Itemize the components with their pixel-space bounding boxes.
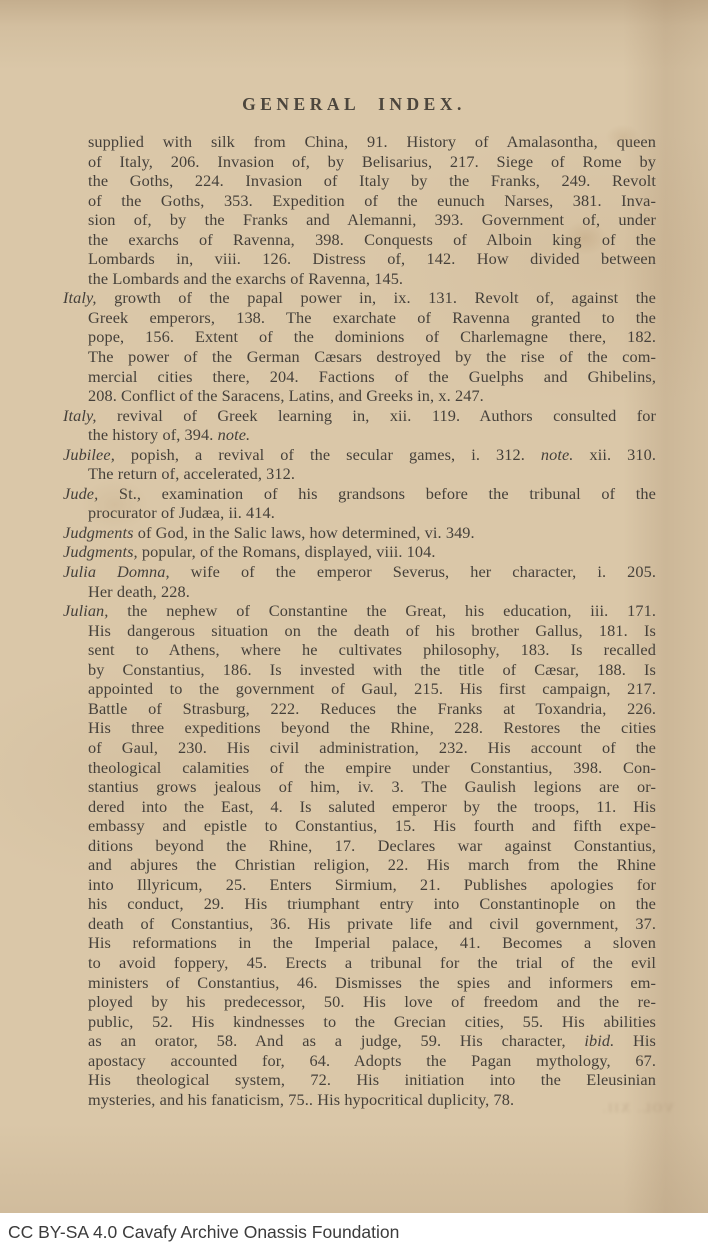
index-line: public, 52. His kindnesses to the Grecia… xyxy=(63,1012,656,1032)
index-entry: Jude, St., examination of his grandsons … xyxy=(63,484,656,523)
index-line: sent to Athens, where he cultivates phil… xyxy=(63,640,656,660)
index-line: Julia Domna, wife of the emperor Severus… xyxy=(63,562,656,582)
index-line: mysteries, and his fanaticism, 75.. His … xyxy=(63,1090,656,1110)
index-line: Jude, St., examination of his grandsons … xyxy=(63,484,656,504)
index-line: His reformations in the Imperial palace,… xyxy=(63,933,656,953)
index-line: death of Constantius, 36. His private li… xyxy=(63,914,656,934)
index-line: as an orator, 58. And as a judge, 59. Hi… xyxy=(63,1031,656,1051)
index-line: to avoid foppery, 45. Erects a tribunal … xyxy=(63,953,656,973)
index-line: the Lombards and the exarchs of Ravenna,… xyxy=(63,269,656,289)
index-entry: supplied with silk from China, 91. Histo… xyxy=(63,132,656,288)
index-line: His three expeditions beyond the Rhine, … xyxy=(63,718,656,738)
index-line: the Goths, 224. Invasion of Italy by the… xyxy=(63,171,656,191)
index-line: supplied with silk from China, 91. Histo… xyxy=(63,132,656,152)
index-line: procurator of Judæa, ii. 414. xyxy=(63,503,656,523)
index-line: Italy, growth of the papal power in, ix.… xyxy=(63,288,656,308)
index-line: mercial cities there, 204. Factions of t… xyxy=(63,367,656,387)
index-line: stantius grows jealous of him, iv. 3. Th… xyxy=(63,777,656,797)
index-entry: Italy, growth of the papal power in, ix.… xyxy=(63,288,656,405)
index-entry: Julian, the nephew of Constantine the Gr… xyxy=(63,601,656,1109)
index-line: ployed by his predecessor, 50. His love … xyxy=(63,992,656,1012)
index-line: Julian, the nephew of Constantine the Gr… xyxy=(63,601,656,621)
index-line: ditions beyond the Rhine, 17. Declares w… xyxy=(63,836,656,856)
index-line: pope, 156. Extent of the dominions of Ch… xyxy=(63,327,656,347)
license-text: CC BY-SA 4.0 Cavafy Archive Onassis Foun… xyxy=(8,1222,399,1243)
page-title: GENERAL INDEX. xyxy=(0,0,708,115)
index-line: Judgments, popular, of the Romans, displ… xyxy=(63,542,656,562)
index-line: Jubilee, popish, a revival of the secula… xyxy=(63,445,656,465)
index-entry: Italy, revival of Greek learning in, xii… xyxy=(63,406,656,445)
index-line: 208. Conflict of the Saracens, Latins, a… xyxy=(63,386,656,406)
index-entry: Jubilee, popish, a revival of the secula… xyxy=(63,445,656,484)
index-line: Greek emperors, 138. The exarchate of Ra… xyxy=(63,308,656,328)
index-line: and abjures the Christian religion, 22. … xyxy=(63,855,656,875)
index-line: of the Goths, 353. Expedition of the eun… xyxy=(63,191,656,211)
index-line: of Italy, 206. Invasion of, by Belisariu… xyxy=(63,152,656,172)
index-line: appointed to the government of Gaul, 215… xyxy=(63,679,656,699)
index-line: The power of the German Cæsars destroyed… xyxy=(63,347,656,367)
index-line: Battle of Strasburg, 222. Reduces the Fr… xyxy=(63,699,656,719)
index-line: dered into the East, 4. Is saluted emper… xyxy=(63,797,656,817)
index-line: The return of, accelerated, 312. xyxy=(63,464,656,484)
index-line: Judgments of God, in the Salic laws, how… xyxy=(63,523,656,543)
index-line: apostacy accounted for, 64. Adopts the P… xyxy=(63,1051,656,1071)
index-line: His theological system, 72. His initiati… xyxy=(63,1070,656,1090)
index-entry: Judgments of God, in the Salic laws, how… xyxy=(63,523,656,543)
index-line: sion of, by the Franks and Alemanni, 393… xyxy=(63,210,656,230)
index-line: by Constantius, 186. Is invested with th… xyxy=(63,660,656,680)
index-line: of Gaul, 230. His civil administration, … xyxy=(63,738,656,758)
index-entry: Judgments, popular, of the Romans, displ… xyxy=(63,542,656,562)
show-through-ghost-text: VOL. XII. xyxy=(601,1100,674,1116)
index-line: the history of, 394. note. xyxy=(63,425,656,445)
index-line: his conduct, 29. His triumphant entry in… xyxy=(63,894,656,914)
index-line: into Illyricum, 25. Enters Sirmium, 21. … xyxy=(63,875,656,895)
index-line: Her death, 228. xyxy=(63,582,656,602)
index-line: Italy, revival of Greek learning in, xii… xyxy=(63,406,656,426)
index-line: ministers of Constantius, 46. Dismisses … xyxy=(63,973,656,993)
index-line: embassy and epistle to Constantius, 15. … xyxy=(63,816,656,836)
index-line: the exarchs of Ravenna, 398. Conquests o… xyxy=(63,230,656,250)
index-line: Lombards in, viii. 126. Distress of, 142… xyxy=(63,249,656,269)
index-entry: Julia Domna, wife of the emperor Severus… xyxy=(63,562,656,601)
license-footer: CC BY-SA 4.0 Cavafy Archive Onassis Foun… xyxy=(0,1213,708,1251)
index-line: His dangerous situation on the death of … xyxy=(63,621,656,641)
index-line: theological calamities of the empire und… xyxy=(63,758,656,778)
index-entries: supplied with silk from China, 91. Histo… xyxy=(0,132,708,1109)
scanned-book-page: VOL. XII. GENERAL INDEX. supplied with s… xyxy=(0,0,708,1213)
